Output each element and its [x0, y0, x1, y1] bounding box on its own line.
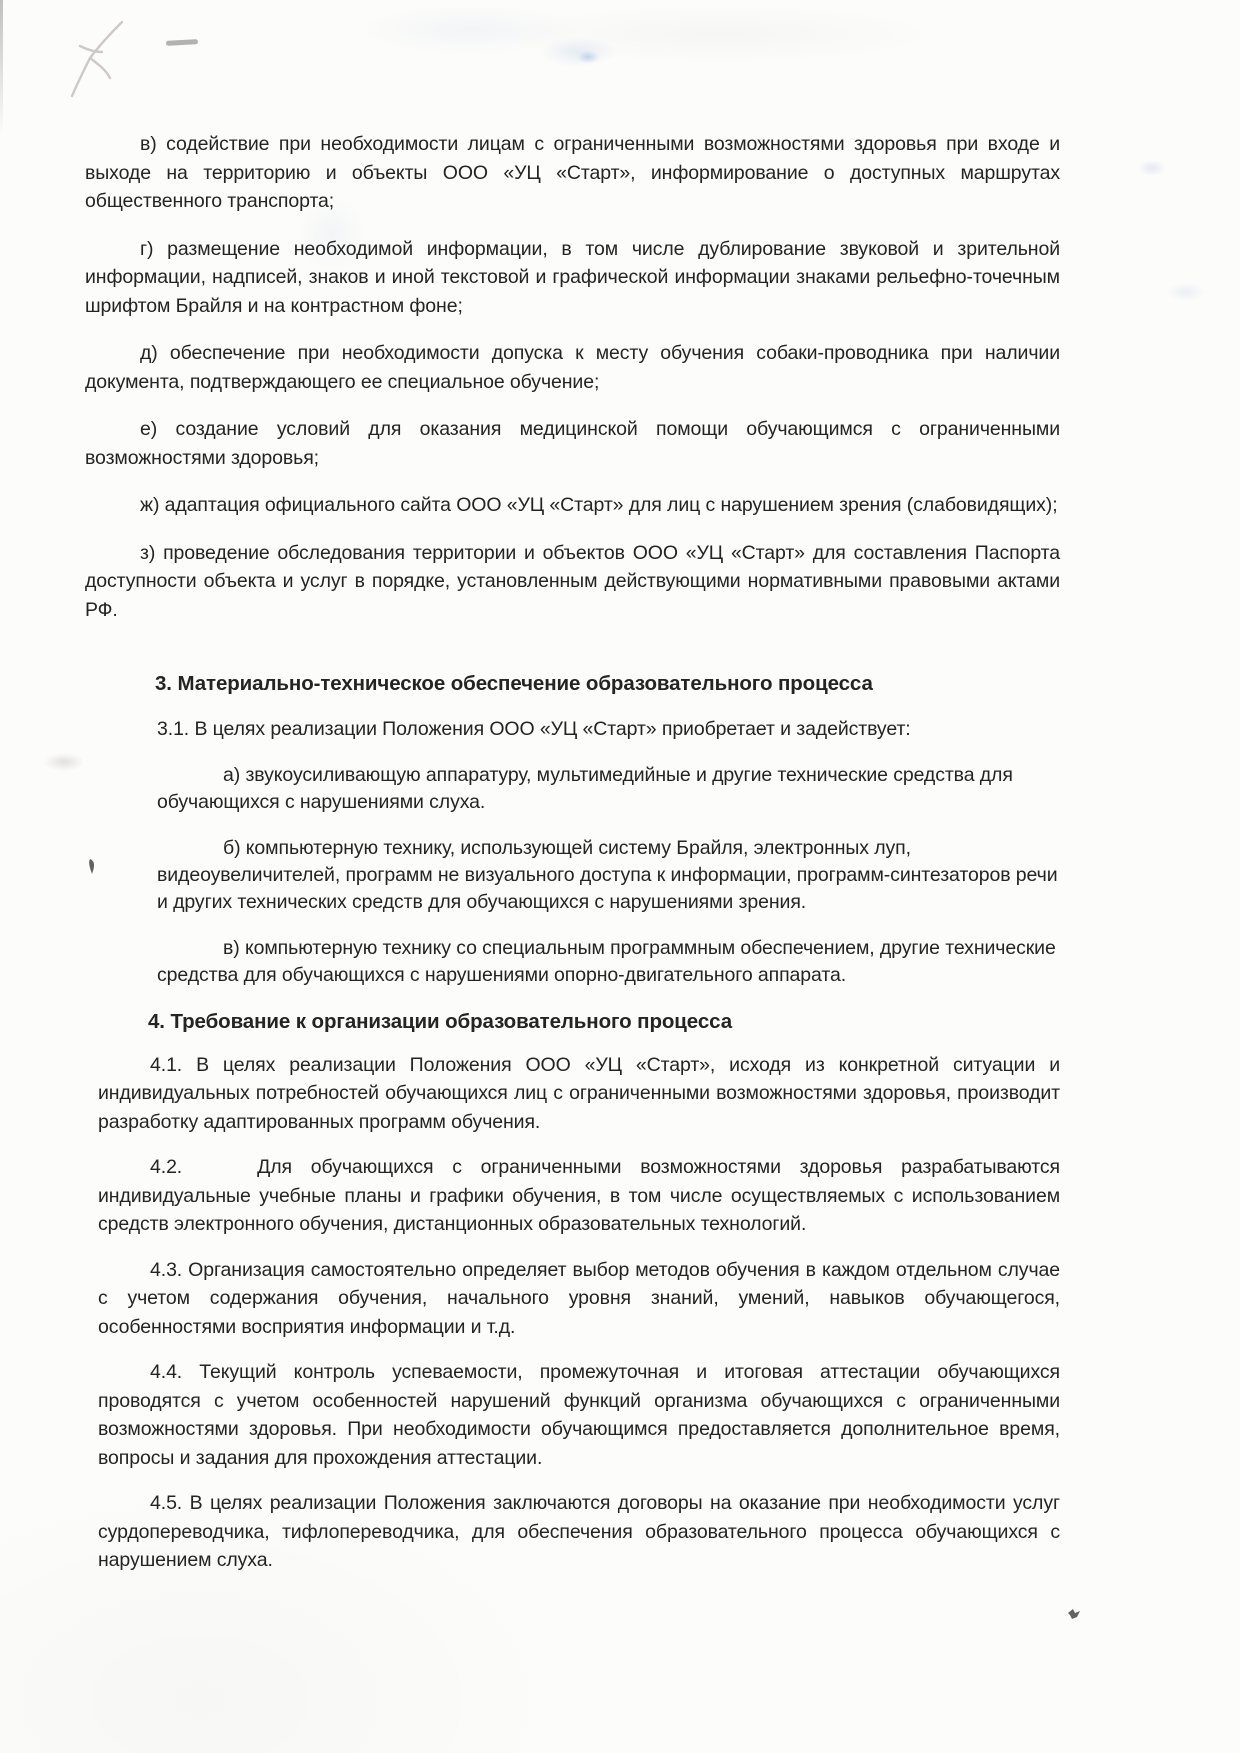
list-item-v: в) содействие при необходимости лицам с … — [85, 130, 1060, 216]
list-item-3b: б) компьютерную технику, использующей си… — [157, 835, 1060, 916]
scanner-edge-line — [0, 0, 3, 135]
list-item-z: з) проведение обследования территории и … — [85, 539, 1060, 625]
list-item-e: е) создание условий для оказания медицин… — [85, 415, 1060, 472]
clause-4-1: 4.1. В целях реализации Положения ООО «У… — [98, 1051, 1060, 1137]
clause-4-2: 4.2. Для обучающихся с ограниченными воз… — [98, 1153, 1060, 1239]
list-item-3a: а) звукоусиливающую аппаратуру, мультиме… — [157, 762, 1060, 816]
clause-4-3: 4.3. Организация самостоятельно определя… — [98, 1256, 1060, 1342]
clause-4-4: 4.4. Текущий контроль успеваемости, пром… — [98, 1358, 1060, 1472]
pencil-scribble — [52, 8, 172, 108]
pencil-dash — [166, 39, 198, 46]
list-item-d: д) обеспечение при необходимости допуска… — [85, 339, 1060, 396]
document-body: в) содействие при необходимости лицам с … — [85, 130, 1060, 1592]
list-item-zh: ж) адаптация официального сайта ООО «УЦ … — [85, 491, 1060, 520]
list-item-3v: в) компьютерную технику со специальным п… — [157, 935, 1060, 989]
list-item-g: г) размещение необходимой информации, в … — [85, 235, 1060, 321]
section-4-heading: 4. Требование к организации образователь… — [148, 1008, 1060, 1037]
clause-4-5: 4.5. В целях реализации Положения заключ… — [98, 1489, 1060, 1575]
ink-speck — [1066, 1607, 1082, 1621]
clause-3-1: 3.1. В целях реализации Положения ООО «У… — [157, 715, 1060, 744]
scanned-document-page: в) содействие при необходимости лицам с … — [0, 0, 1240, 1753]
section-3-heading: 3. Материально-техническое обеспечение о… — [155, 670, 1060, 699]
